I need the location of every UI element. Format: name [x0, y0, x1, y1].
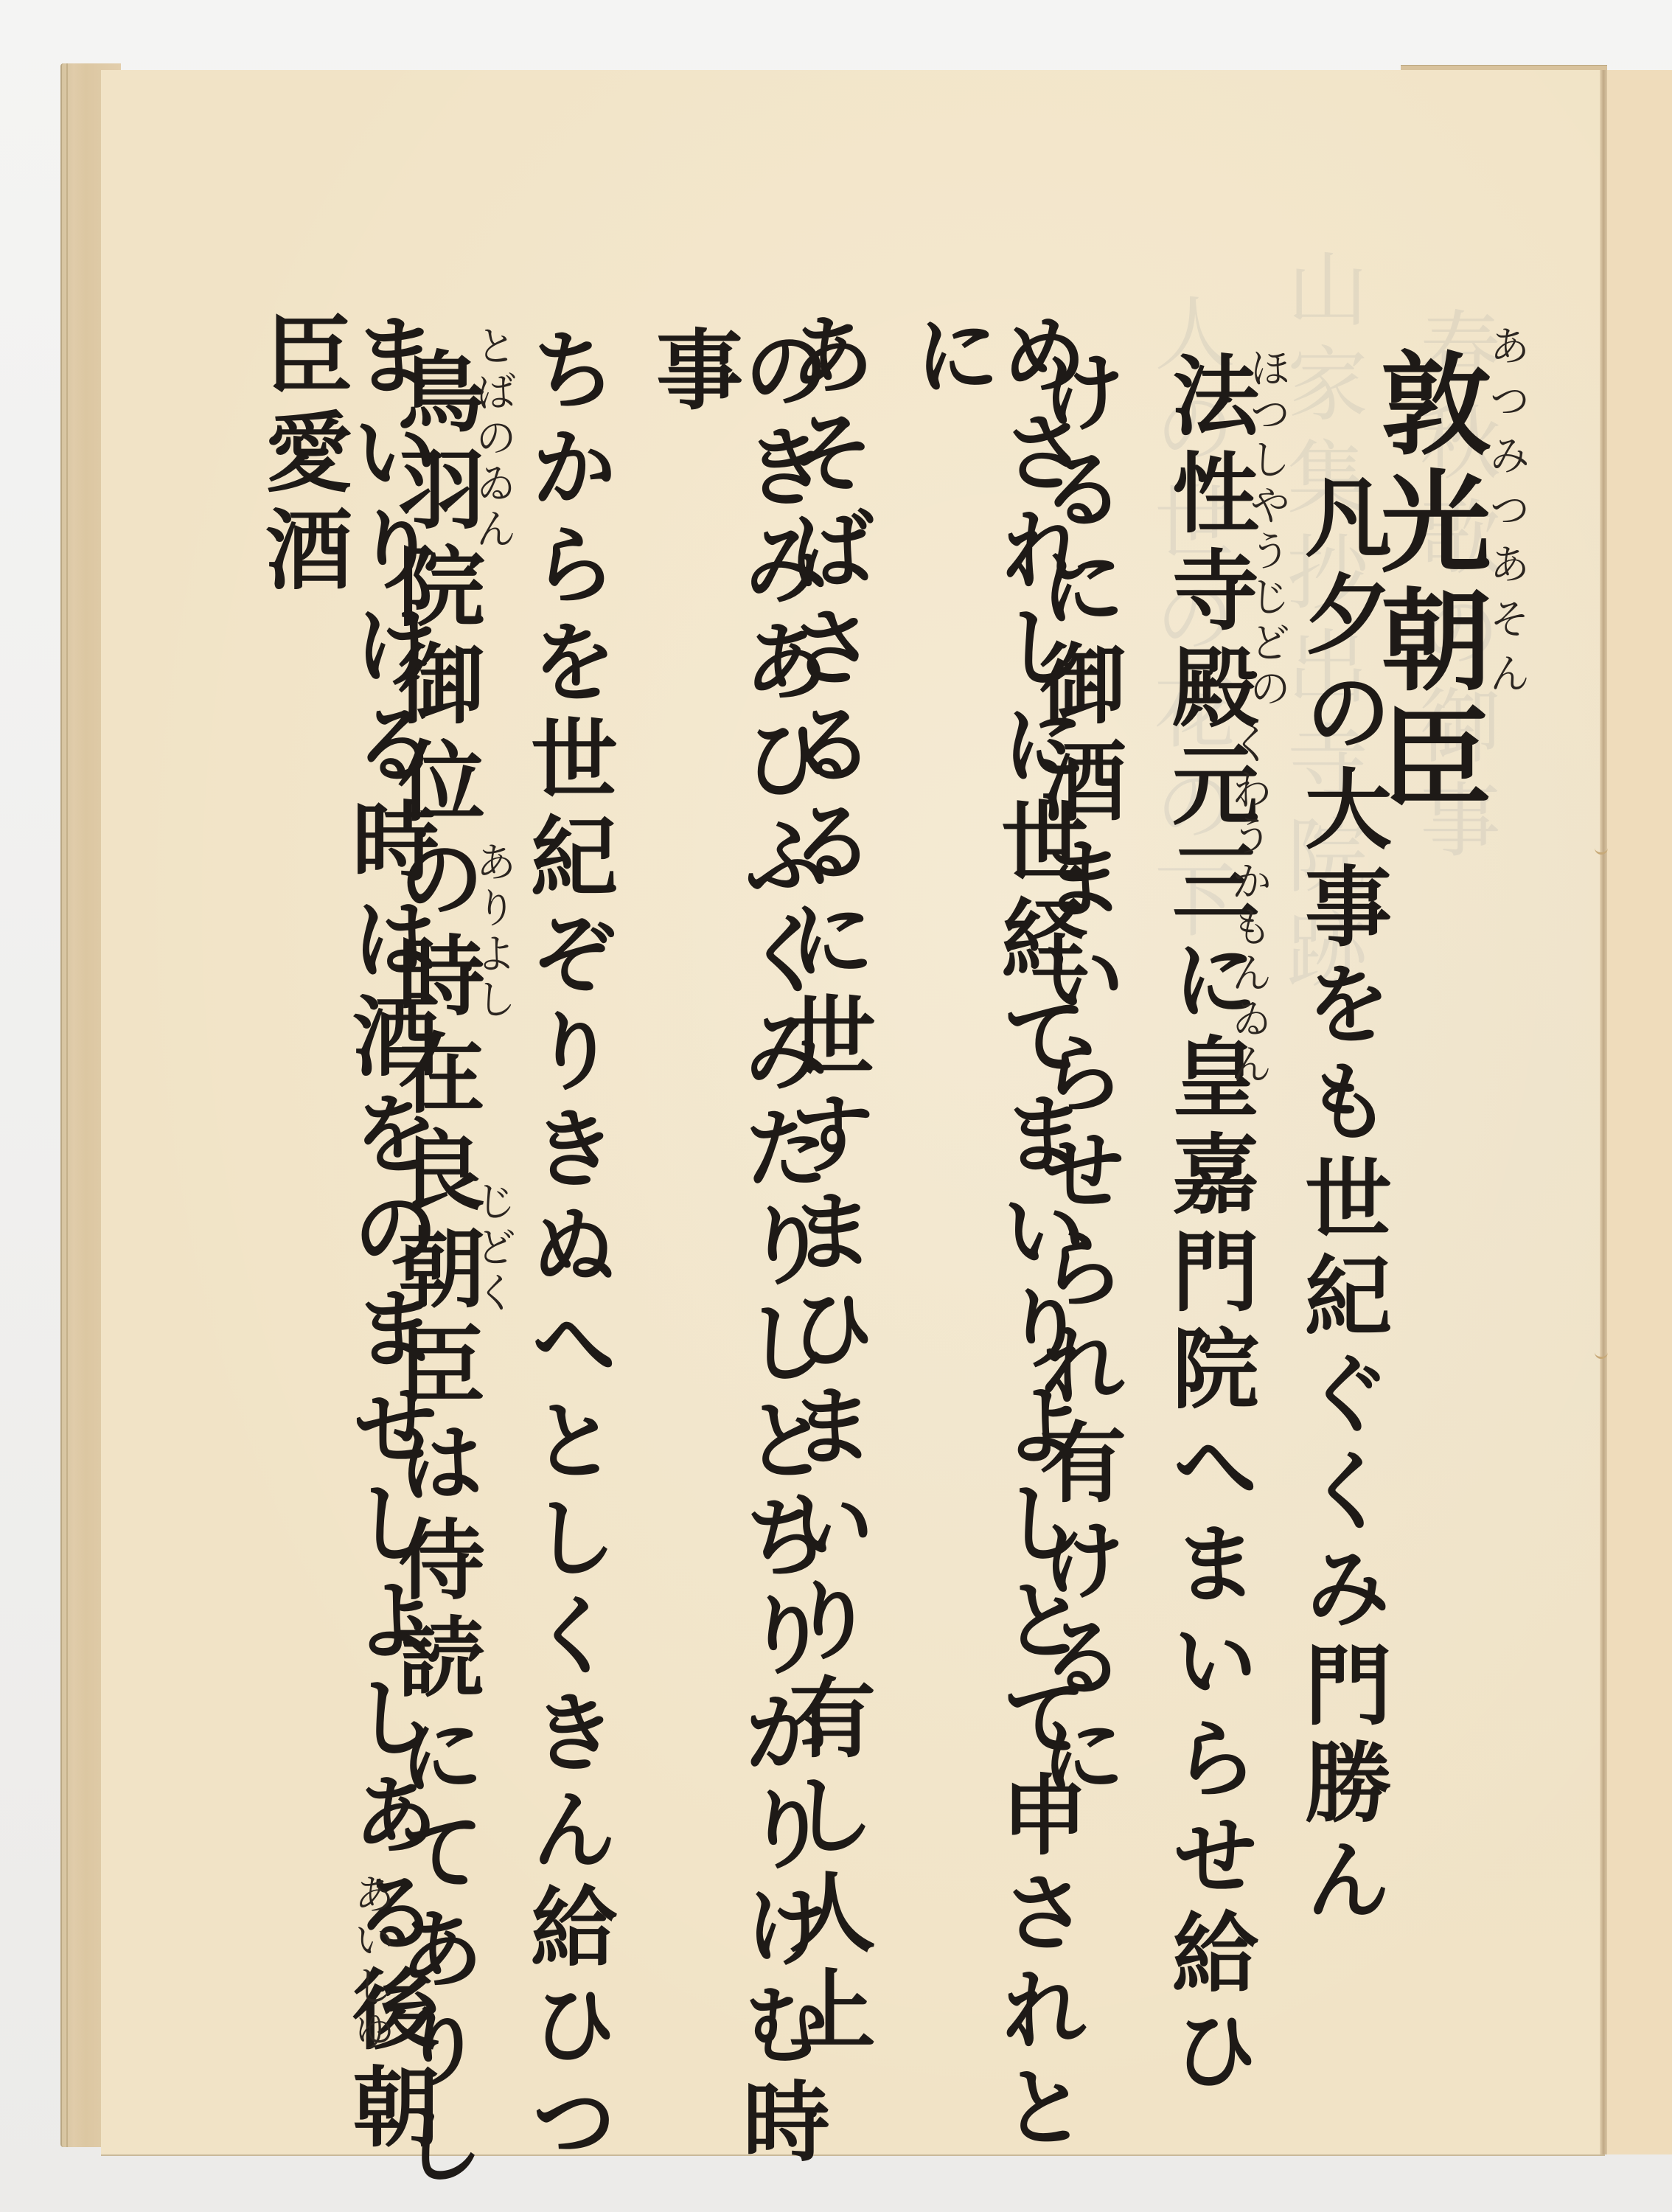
text-column-6: のきみあひふくみたりしとちりかりけむ時事 [649, 324, 823, 2212]
column-9-ruby-1: あいしゆ [350, 1873, 391, 2056]
column-8-ruby-1: とばのゐん [472, 324, 513, 553]
book-gutter [1600, 70, 1607, 2154]
column-2-ruby-1: ほつしやうじどの [1246, 347, 1287, 712]
text-column-1: 凡夕の大事をも世紀ぐくみ門勝ん [1297, 472, 1384, 1932]
title-ruby: あつみつあそん [1485, 324, 1527, 706]
text-column-7: ちからを世紀ぞりきぬへとしくきん給ひつ [523, 324, 610, 2174]
column-8-ruby-3: ありよし [472, 841, 513, 1023]
column-8-ruby-4: じどく [472, 1180, 513, 1317]
text-column-4: めされしに世経てまいりよしとて申されとに [907, 310, 1081, 2212]
facing-page-edge [1607, 70, 1672, 2154]
text-column-2: 法性寺殿元三に皇嘉門院へまいらせ給ひ [1165, 350, 1252, 2102]
column-2-ruby-3: くわうかもんゐん [1227, 723, 1269, 1088]
text-column-9: まいりける時は酒をのませしよしある後朝臣愛酒 [258, 310, 432, 2212]
